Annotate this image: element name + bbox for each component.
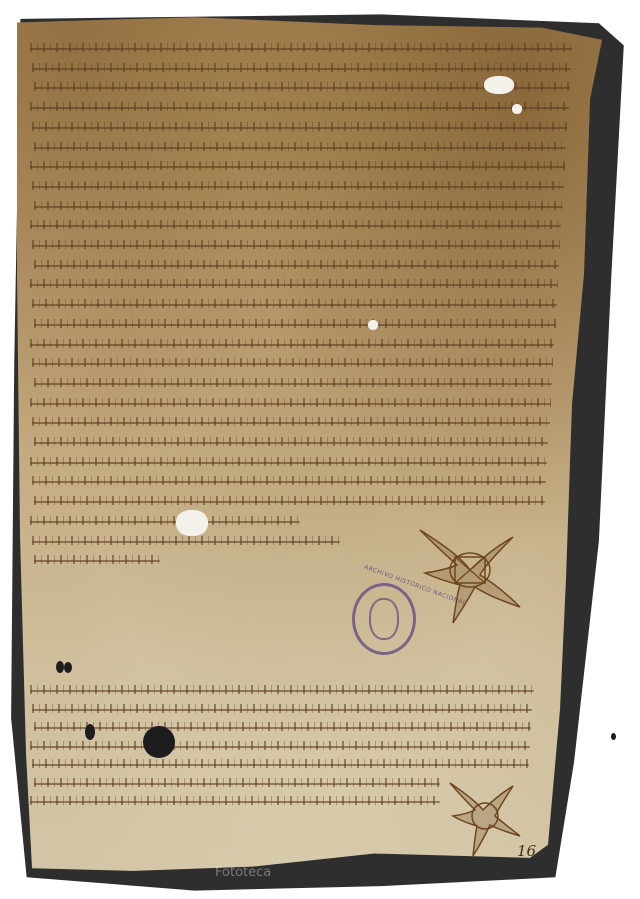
manuscript-text-line xyxy=(34,265,559,267)
manuscript-text-line xyxy=(30,403,551,405)
manuscript-text-line xyxy=(32,186,564,188)
manuscript-text-line xyxy=(34,383,552,385)
manuscript-text-line xyxy=(30,462,547,464)
manuscript-text-line xyxy=(34,501,545,503)
folio-number: 16 xyxy=(517,842,536,860)
manuscript-text-line xyxy=(32,422,550,424)
manuscript-text-line xyxy=(34,783,440,785)
manuscript-text-line xyxy=(30,48,572,50)
star-mark-lower-icon xyxy=(445,778,525,858)
manuscript-text-line xyxy=(32,764,529,766)
coat-of-arms-icon xyxy=(369,598,399,640)
watermark: Fototeca xyxy=(215,865,271,880)
parchment-hole xyxy=(484,76,514,94)
manuscript-text-line xyxy=(32,709,532,711)
star-mark-upper-icon xyxy=(415,525,525,625)
manuscript-text-line xyxy=(30,344,554,346)
parchment-hole-dark xyxy=(56,661,64,673)
stray-mark xyxy=(611,733,616,740)
manuscript-text-line xyxy=(34,324,556,326)
manuscript-text-line xyxy=(34,560,160,562)
manuscript-text-line xyxy=(30,801,440,803)
parchment-hole-dark xyxy=(85,724,95,740)
manuscript-text-line xyxy=(32,68,571,70)
archive-stamp: ARCHIVO HISTÓRICO NACIONAL xyxy=(352,583,416,655)
manuscript-text-line xyxy=(32,481,546,483)
manuscript-text-line xyxy=(32,304,557,306)
parchment-hole xyxy=(512,104,522,114)
parchment-hole xyxy=(176,510,208,536)
manuscript-text-line xyxy=(32,541,340,543)
manuscript-text-line xyxy=(30,284,558,286)
parchment-hole-dark xyxy=(143,726,175,758)
manuscript-text-line xyxy=(34,206,563,208)
parchment-hole xyxy=(368,320,378,330)
manuscript-text-line xyxy=(30,690,534,692)
manuscript-text-line xyxy=(32,245,560,247)
manuscript-text-line xyxy=(34,442,548,444)
manuscript-text-line xyxy=(30,521,300,523)
manuscript-text-line xyxy=(30,746,530,748)
manuscript-text-line xyxy=(32,127,567,129)
manuscript-text-line xyxy=(30,107,569,109)
manuscript-text-line xyxy=(30,225,561,227)
parchment-hole-dark xyxy=(64,662,72,673)
manuscript-text-line xyxy=(32,363,553,365)
manuscript-text-line xyxy=(34,147,566,149)
manuscript-text-line xyxy=(34,727,531,729)
manuscript-text-line xyxy=(30,166,565,168)
